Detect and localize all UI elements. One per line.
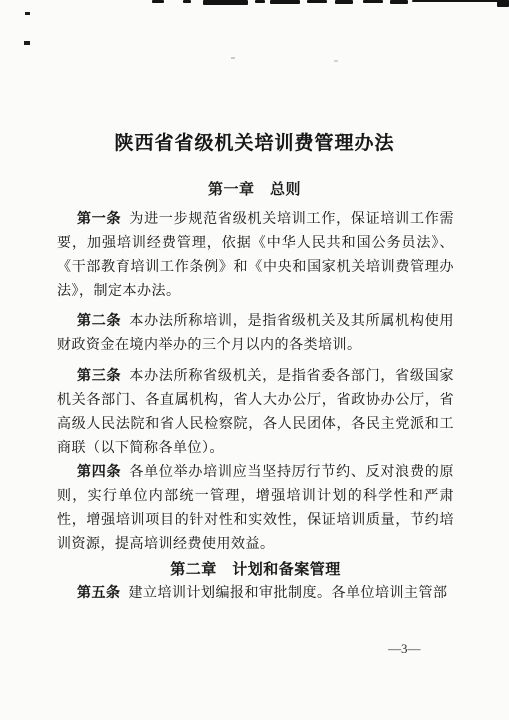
article-4: 第四条各单位举办培训应当坚持厉行节约、反对浪费的原则，实行单位内部统一管理，增强… [57,461,454,557]
document-title: 陕西省省级机关培训费管理办法 [0,128,509,155]
page-number: —3— [388,641,421,657]
article-2-label: 第二条 [77,314,121,329]
article-5: 第五条建立培训计划编报和审批制度。各单位培训主管部 [57,582,454,606]
ink-speck [25,12,30,15]
article-1-label: 第一条 [77,212,121,227]
ink-speck [334,60,338,62]
article-4-label: 第四条 [77,465,121,480]
ink-speck [231,57,235,59]
article-5-label: 第五条 [77,586,121,601]
ink-speck [24,41,30,45]
article-5-text: 建立培训计划编报和审批制度。各单位培训主管部 [129,586,448,601]
scanned-document-page: 陕西省省级机关培训费管理办法 第一章 总则 第一条为进一步规范省级机关培训工作，… [0,0,509,720]
article-2: 第二条本办法所称培训，是指省级机关及其所属机构使用财政资金在境内举办的三个月以内… [57,310,454,358]
article-3: 第三条本办法所称省级机关，是指省委各部门，省级国家机关各部门、各直属机构，省人大… [57,365,454,461]
document-body: 第一条为进一步规范省级机关培训工作，保证培训工作需要，加强培训经费管理，依据《中… [57,208,454,606]
article-3-label: 第三条 [77,369,121,384]
article-1: 第一条为进一步规范省级机关培训工作，保证培训工作需要，加强培训经费管理，依据《中… [57,208,454,304]
chapter-2-heading: 第二章 计划和备案管理 [57,558,454,582]
chapter-1-heading: 第一章 总则 [0,182,509,199]
